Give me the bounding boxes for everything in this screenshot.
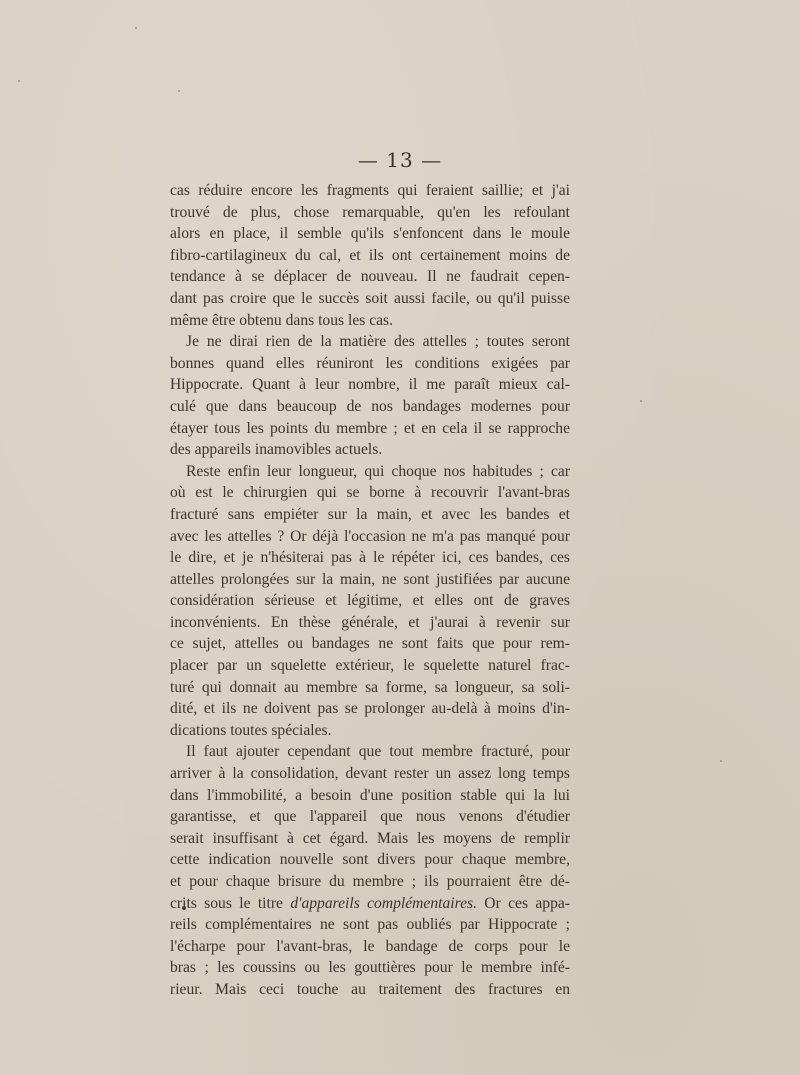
paper-speck [720, 760, 722, 762]
paper-speck [640, 400, 642, 402]
text-line: avec les attelles ? Or déjà l'occasion n… [170, 526, 570, 548]
paper-speck [135, 27, 137, 29]
text-line: serait insuffisant à cet égard. Mais les… [170, 828, 570, 850]
text-line: dant pas croire que le succès soit aussi… [170, 288, 570, 310]
text-line: culé que dans beaucoup de nos bandages m… [170, 396, 570, 418]
ink-spot [182, 906, 186, 910]
text-line: cas réduire encore les fragments qui fer… [170, 180, 570, 202]
text-line: trouvé de plus, chose remarquable, qu'en… [170, 202, 570, 224]
text-line: arriver à la consolidation, devant reste… [170, 763, 570, 785]
text-line: placer par un squelette extérieur, le sq… [170, 655, 570, 677]
text-line: Hippocrate. Quant à leur nombre, il me p… [170, 374, 570, 396]
text-line: alors en place, il semble qu'ils s'enfon… [170, 223, 570, 245]
text-line: dité, et ils ne doivent pas se prolonger… [170, 698, 570, 720]
text-line: étayer tous les points du membre ; et en… [170, 418, 570, 440]
body-text: cas réduire encore les fragments qui fer… [170, 180, 570, 1001]
page-number: — 13 — [0, 148, 800, 172]
text-line: et pour chaque brisure du membre ; ils p… [170, 871, 570, 893]
text-line: inconvénients. En thèse générale, et j'a… [170, 612, 570, 634]
text-line: Je ne dirai rien de la matière des attel… [170, 331, 570, 353]
text-line: même être obtenu dans tous les cas. [170, 310, 570, 332]
text-line: tendance à se déplacer de nouveau. Il ne… [170, 266, 570, 288]
text-line: bonnes quand elles réuniront les conditi… [170, 353, 570, 375]
text-line: Il faut ajouter cependant que tout membr… [170, 741, 570, 763]
text-line: dans l'immobilité, a besoin d'une positi… [170, 785, 570, 807]
text-line: cette indication nouvelle sont divers po… [170, 849, 570, 871]
text-line: Reste enfin leur longueur, qui choque no… [170, 461, 570, 483]
italic-term: d'appareils complémentaires. [290, 895, 477, 912]
text-line: où est le chirurgien qui se borne à reco… [170, 482, 570, 504]
text-line: turé qui donnait au membre sa forme, sa … [170, 677, 570, 699]
text-line: bras ; les coussins ou les gouttières po… [170, 957, 570, 979]
text-line: l'écharpe pour l'avant-bras, le bandage … [170, 936, 570, 958]
text-line: reils complémentaires ne sont pas oublié… [170, 914, 570, 936]
text-line: attelles prolongées sur la main, ne sont… [170, 569, 570, 591]
text-line: le dire, et je n'hésiterai pas à le répé… [170, 547, 570, 569]
text-line: rieur. Mais ceci touche au traitement de… [170, 979, 570, 1001]
scanned-page: — 13 — cas réduire encore les fragments … [0, 0, 800, 1075]
text-line: considération sérieuse et légitime, et e… [170, 590, 570, 612]
text-fragment: crits sous le titre [170, 895, 290, 912]
paper-speck [178, 90, 180, 92]
text-line: ce sujet, attelles ou bandages ne sont f… [170, 633, 570, 655]
text-fragment: Or ces appa- [477, 895, 570, 912]
text-line: fibro-cartilagineux du cal, et ils ont c… [170, 245, 570, 267]
text-line: fracturé sans empiéter sur la main, et a… [170, 504, 570, 526]
text-line: des appareils inamovibles actuels. [170, 439, 570, 461]
text-line: crits sous le titre d'appareils compléme… [170, 893, 570, 915]
text-line: dications toutes spéciales. [170, 720, 570, 742]
text-line: garantisse, et que l'appareil que nous v… [170, 806, 570, 828]
paper-speck [18, 80, 20, 82]
